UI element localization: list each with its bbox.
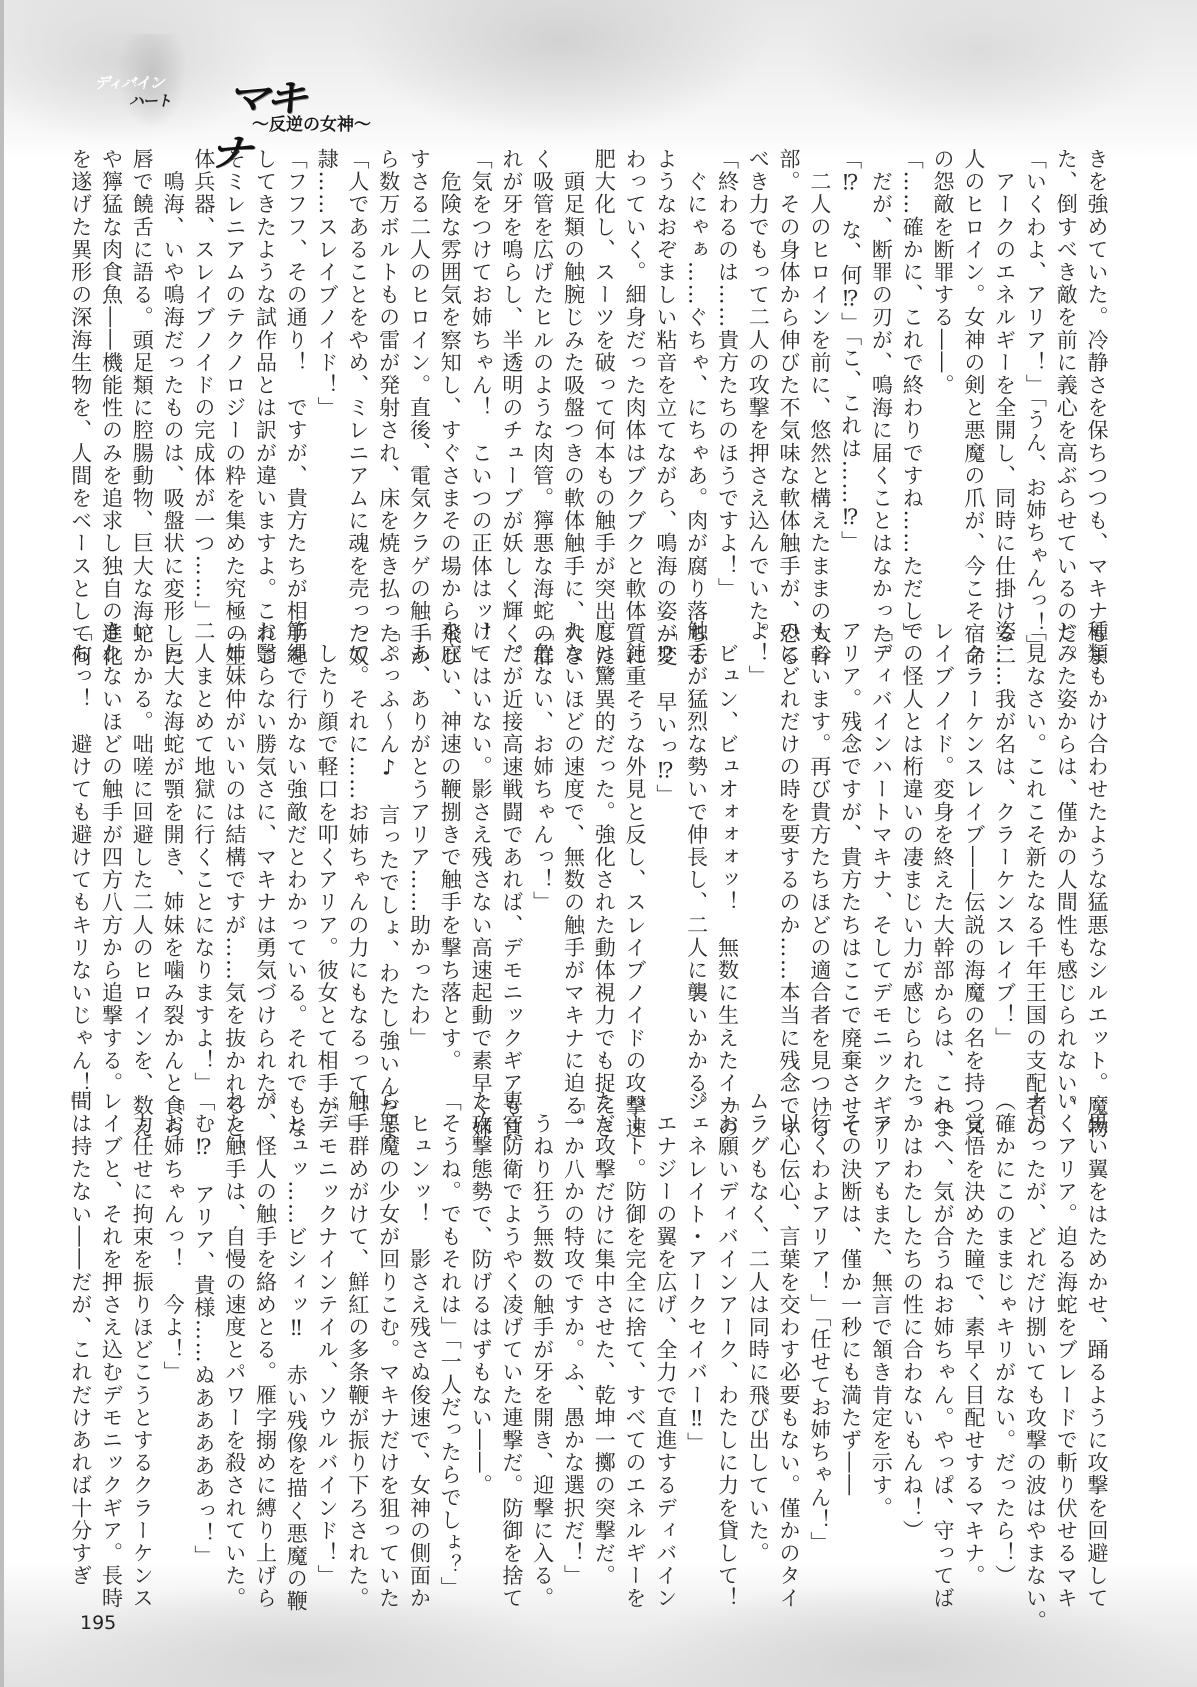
text-line: を庇い、神速の鞭捌きで触手を撃ち落とす。 — [434, 620, 465, 1044]
text-line: アリア。残念ですが、貴方たちはここで廃棄させて — [835, 620, 866, 1044]
text-line: レイブノイド。変身を終えた大幹部からは、これま — [927, 620, 958, 1044]
text-line: （確かにこのままじゃキリがない。だったら！） — [989, 1090, 1020, 1514]
text-line: ジェネレイト・アークセイバー‼」 — [681, 1090, 712, 1514]
text-line: た攻撃態勢で、防げるはずもない――。 — [465, 1090, 496, 1514]
text-line: もらいます。再び貴方たちほどの適合者を見つける — [804, 620, 835, 1044]
text-line: すさる二人のヒロイン。直後、電気クラゲの触手か — [404, 148, 435, 572]
text-line: してきたような試作品とは訳が違いますよ。これこ — [250, 148, 281, 572]
text-line: お翳らない勝気さに、マキナは勇気づけられた。 — [250, 620, 281, 1044]
text-line: 唇で饒舌に語る。頭足類に腔腸動物、巨大な海蛇 — [127, 148, 158, 572]
scan-edge — [0, 0, 4, 1687]
text-line: ようなおぞましい粘音を立てながら、鳴海の姿が変 — [650, 148, 681, 572]
text-block-middle: 種類もかけ合わせたような猛悪なシルエット。魔物じみた姿からは、僅かの人間性も感じ… — [65, 620, 1112, 1044]
text-line: 「いくわよ、アリア！」「うん、お姉ちゃんっ！」 — [1020, 148, 1051, 572]
text-line: いくアリア。迫る海蛇をブレードで斬り伏せるマキ — [1050, 1090, 1081, 1514]
text-line: （へへ、気が合うねお姉ちゃん。やっぱ、守ってば — [927, 1090, 958, 1514]
page-number: 195 — [80, 1612, 116, 1634]
text-line: 肥大化し、スーツを破って何本もの触手が突出した。 — [588, 148, 619, 572]
text-line: 「あ、ありがとうアリア……助かったわ」 — [404, 620, 435, 1044]
text-line: 二人のヒロインを前に、悠然と構えたままの大幹 — [804, 148, 835, 572]
text-line: れが牙を鳴らし、半透明のチューブが妖しく輝く。 — [496, 148, 527, 572]
text-line: きを強めていた。冷静さを保ちつつも、マキナもま — [1081, 148, 1112, 572]
text-line: れた触手は、自慢の速度とパワーを殺されていた。 — [219, 1090, 250, 1514]
text-line: 間は持たない――だが、これだけあれば十分すぎ — [65, 1090, 96, 1514]
text-line: 「お姉ちゃんっ！ 今よ！」 — [157, 1090, 188, 1514]
text-line: 「……確かに、これで終わりですね……ただし」 — [896, 148, 927, 572]
text-line: っかはわたしたちの性に合わないもんね！） — [896, 1090, 927, 1514]
logo-subtitle: ～反逆の女神～ — [252, 110, 371, 135]
text-line: 「⁉ な、何⁉」「こ、これは……⁉」 — [835, 148, 866, 572]
text-line: レイブと、それを押さえ込むデモニックギア。長時 — [96, 1090, 127, 1514]
text-line: そミレニアムのテクノロジーの粋を集めた究極の生 — [219, 148, 250, 572]
text-line: 「見なさい。これこそ新たなる千年王国の支配者の — [1020, 620, 1051, 1044]
text-block-bottom: 黒い翼をはためかせ、踊るように攻撃を回避していくアリア。迫る海蛇をブレードで斬り… — [65, 1090, 1112, 1514]
text-line: 「一か八かの特攻ですか。ふ、愚かな選択だ！」 — [558, 1090, 589, 1514]
text-line: ヒュッ……ビシィッ‼ 赤い残像を描く悪魔の鞭 — [280, 1090, 311, 1514]
text-line: じみた姿からは、僅かの人間性も感じられない。 — [1050, 620, 1081, 1044]
text-line: 「お願いディバインアーク、わたしに力を貸して！ — [712, 1090, 743, 1514]
text-line: 「ちっ！ 避けても避けてもキリないじゃん！」 — [65, 620, 96, 1044]
text-line: うねり狂う無数の触手が牙を開き、迎撃に入る。 — [527, 1090, 558, 1514]
text-line: 鈍重そうな外見と反し、スレイブノイドの攻撃速 — [619, 620, 650, 1044]
series-logo: ディバイン ハート マキナ ～反逆の女神～ — [72, 28, 332, 133]
text-block-top: きを強めていた。冷静さを保ちつつも、マキナもまた、倒すべき敵を前に義心を高ぶらせ… — [65, 148, 1112, 572]
text-line: 部。その身体から伸びた不気味な軟体触手が、恐る — [773, 148, 804, 572]
text-line: 危険な雰囲気を察知し、すぐさまその場から飛び — [434, 148, 465, 572]
text-line: ら数万ボルトもの雷が発射され、床を焼き払った。 — [373, 148, 404, 572]
text-line: 「姉妹仲がいいのは結構ですが……気を抜かれると、 — [219, 620, 250, 1044]
text-line: 「デモニックナインテイル、ソウルバインド！」 — [311, 1090, 342, 1514]
text-line: ら悪魔の少女が回りこむ。マキナだけを狙っていた — [373, 1090, 404, 1514]
text-line: 二人まとめて地獄に行くことになりますよ！」 — [188, 620, 219, 1044]
text-line: く吸管を広げたヒルのような肉管。獰悪な海蛇の群 — [527, 148, 558, 572]
text-line: 「む⁉ アリア、貴様……ぬあああああっ！」 — [188, 1090, 219, 1514]
text-line: 「フフフ、その通り！ ですが、貴方たちが相手を — [280, 148, 311, 572]
text-line: ただ攻撃だけに集中させた、乾坤一擲の突撃だ。 — [588, 1090, 619, 1514]
text-line: 「⁉ 早いっ⁉」 — [650, 620, 681, 1044]
text-line: わっていく。細身だった肉体はブクブクと軟体質に — [619, 148, 650, 572]
text-line: 鳴海、いや鳴海だったものは、吸盤状に変形した — [157, 148, 188, 572]
text-line: 姿……我が名は、クラーケンスレイブ！」 — [989, 620, 1020, 1044]
text-line: を遂げた異形の深海生物を、人間をベースとして何 — [65, 148, 96, 572]
text-line: 「人であることをやめ、ミレニアムに魂を売った奴 — [342, 148, 373, 572]
text-line: 隷……スレイブノイド！」 — [311, 148, 342, 572]
text-line: いかかる。咄嗟に回避した二人のヒロインを、数え — [127, 620, 158, 1044]
text-line: ハート。防御を完全に捨て、すべてのエネルギーを — [619, 1090, 650, 1514]
text-line: ナだったが、どれだけ捌いても攻撃の波はやまない。 — [1020, 1090, 1051, 1514]
text-line: って。それに……お姉ちゃんの力にもなるって！」 — [342, 620, 373, 1044]
text-line: 「そうね。でもそれは」「一人だったらでしょ？」 — [434, 1090, 465, 1514]
text-line: 以心伝心、言葉を交わす必要もない。僅かのタイ — [773, 1090, 804, 1514]
text-line: 専守防衛でようやく凌げていた連撃だ。防御を捨て — [496, 1090, 527, 1514]
text-line: 力任せに拘束を振りほどこうとするクラーケンス — [127, 1090, 158, 1514]
text-line: ヒュンッ！ 影さえ残さぬ俊速で、女神の側面か — [404, 1090, 435, 1514]
text-line: 種類もかけ合わせたような猛悪なシルエット。魔物 — [1081, 620, 1112, 1044]
text-line: よ！」 — [742, 620, 773, 1044]
text-line: や獰猛な肉食魚――機能性のみを追求し独自の進化 — [96, 148, 127, 572]
text-line: 黒い翼をはためかせ、踊るように攻撃を回避して — [1081, 1090, 1112, 1514]
text-line: 「危ない、お姉ちゃんっ！」 — [527, 620, 558, 1044]
text-line: のにどれだけの時を要するのか……本当に残念です — [773, 620, 804, 1044]
text-line: 度は驚異的だった。強化された動体視力でも捉えき — [588, 620, 619, 1044]
text-line: 人のヒロイン。女神の剣と悪魔の爪が、今こそ宿命 — [958, 148, 989, 572]
text-line: けてはいない。影さえ残さない高速起動で素早く姉 — [465, 620, 496, 1044]
text-line: だが近接高速戦闘であれば、デモニックギアも負 — [496, 620, 527, 1044]
text-line: 筋縄で行かない強敵だとわかっている。それでもな — [280, 620, 311, 1044]
text-line: 「終わるのは……貴方たちのほうですよ！」 — [712, 148, 743, 572]
text-line: したり顔で軽口を叩くアリア。彼女とて相手が一 — [311, 620, 342, 1044]
text-line: 体兵器、スレイブノイドの完成体が一つ……」 — [188, 148, 219, 572]
text-line: 「ディバインハートマキナ、そしてデモニックギア — [866, 620, 897, 1044]
text-line: た、倒すべき敵を前に義心を高ぶらせているのだ。 — [1050, 148, 1081, 572]
text-line: の怨敵を断罪する――。 — [927, 148, 958, 572]
text-line: が、怪人の触手を絡めとる。雁字搦めに縛り上げら — [250, 1090, 281, 1514]
logo-prefix-line2: ハート — [128, 90, 174, 111]
text-line: べき力でもって二人の攻撃を押さえ込んでいた。 — [742, 148, 773, 572]
text-line: 覚悟を決めた瞳で、素早く目配せするマキナ。 — [958, 1090, 989, 1514]
text-line: 「行くわよアリア！」「任せてお姉ちゃん！」 — [804, 1090, 835, 1514]
text-line: での怪人とは桁違いの凄まじい力が感じられた。 — [896, 620, 927, 1044]
text-line: アリアもまた、無言で頷き肯定を示す。 — [866, 1090, 897, 1514]
text-line: 触手群めがけて、鮮紅の多条鞭が振り下ろされた。 — [342, 1090, 373, 1514]
text-line: れないほどの速度で、無数の触手がマキナに迫る。 — [558, 620, 589, 1044]
text-line: 巨大な海蛇が顎を開き、姉妹を噛み裂かんと食ら — [157, 620, 188, 1044]
text-line: その決断は、僅か一秒にも満たず―― — [835, 1090, 866, 1514]
text-line: ムラグもなく、二人は同時に飛び出していた。 — [742, 1090, 773, 1514]
text-line: クラーケンスレイブ――伝説の海魔の名を持つス — [958, 620, 989, 1044]
text-line: 「ふっふ～ん♪ 言ったでしょ、わたし強いんだよ — [373, 620, 404, 1044]
text-line: きれないほどの触手が四方八方から追撃する。 — [96, 620, 127, 1044]
text-line: 触手が猛烈な勢いで伸長し、二人に襲いかかる。 — [681, 620, 712, 1044]
text-line: 「気をつけてお姉ちゃん！ こいつの正体はッ！」 — [465, 148, 496, 572]
text-line: ぐにゃぁ……ぐちゃ、にちゃあ。肉が腐り落ちる — [681, 148, 712, 572]
text-line: だが、断罪の刃が、鳴海に届くことはなかった。 — [866, 148, 897, 572]
text-line: アークのエネルギーを全開し、同時に仕掛ける二 — [989, 148, 1020, 572]
text-line: ビュン、ビュオォォォッ！ 無数に生えたイカの — [712, 620, 743, 1044]
text-line: エナジーの翼を広げ、全力で直進するディバイン — [650, 1090, 681, 1514]
text-line: 頭足類の触腕じみた吸盤つきの軟体触手に、大き — [558, 148, 589, 572]
